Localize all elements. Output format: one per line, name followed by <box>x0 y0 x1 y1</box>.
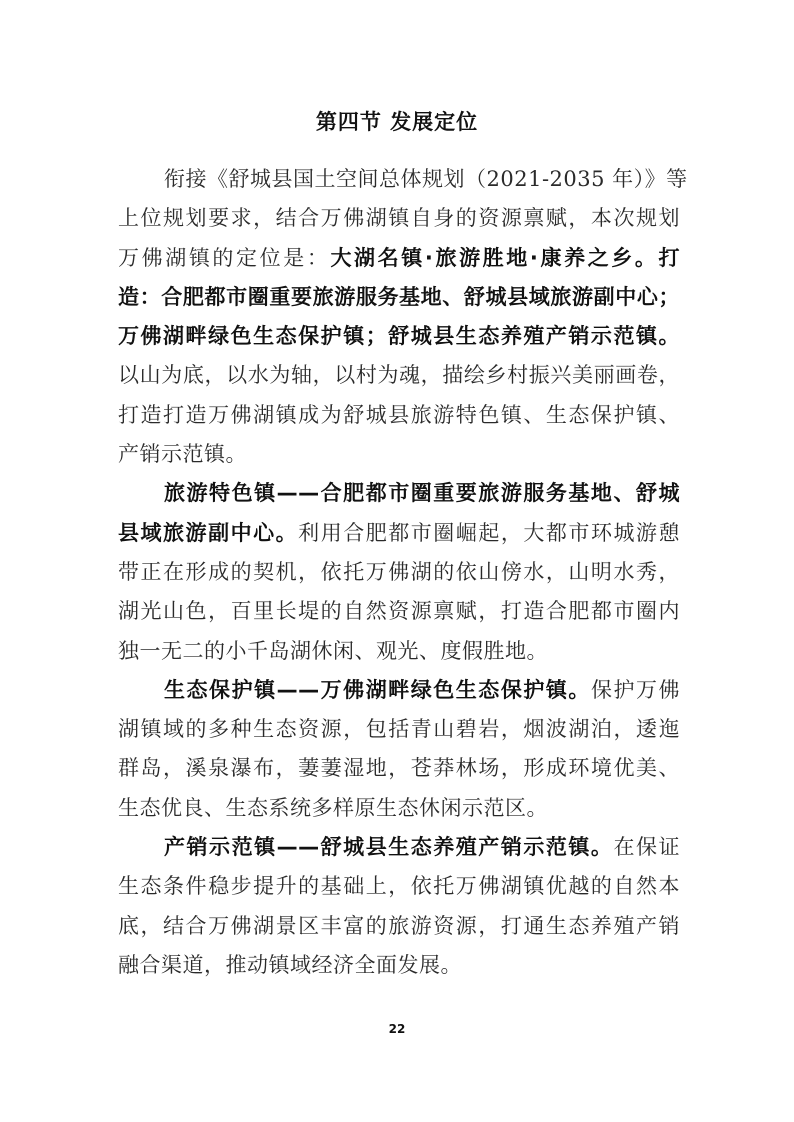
text-run: 以山为底，以水为轴，以村为魂，描绘乡村振兴美丽画卷， <box>118 363 680 387</box>
paragraph-tourism-town: 旅游特色镇——合肥都市圈重要旅游服务基地、舒城 县域旅游副中心。利用合肥都市圈崛… <box>118 474 680 670</box>
text-run: 生态条件稳步提升的基础上，依托万佛湖镇优越的自然本 <box>118 874 680 898</box>
bold-text-run: 生态保护镇——万佛湖畔绿色生态保护镇。 <box>164 678 591 702</box>
page-number: 22 <box>0 1022 794 1036</box>
text-line: 万佛湖畔绿色生态保护镇；舒城县生态养殖产销示范镇。 <box>118 317 680 356</box>
text-run: 万佛湖镇的定位是： <box>118 246 330 270</box>
text-line: 上位规划要求，结合万佛湖镇自身的资源禀赋，本次规划 <box>118 199 680 238</box>
text-line: 旅游特色镇——合肥都市圈重要旅游服务基地、舒城 <box>118 474 680 513</box>
text-run: 融合渠道，推动镇域经济全面发展。 <box>118 953 462 977</box>
bold-text-run: 大湖名镇·旅游胜地·康养之乡。打 <box>330 246 680 270</box>
text-line: 群岛，溪泉瀑布，萋萋湿地，苍莽林场，形成环境优美、 <box>118 749 680 788</box>
text-run: 带正在形成的契机，依托万佛湖的依山傍水，山明水秀， <box>118 560 680 584</box>
paragraph-positioning: 衔接《舒城县国土空间总体规划（2021-2035 年）》等 上位规划要求，结合万… <box>118 160 680 474</box>
text-line: 打造打造万佛湖镇成为舒城县旅游特色镇、生态保护镇、 <box>118 396 680 435</box>
text-run: 衔接《舒城县国土空间总体规划（2021-2035 年）》等 <box>164 167 688 191</box>
text-line: 融合渠道，推动镇域经济全面发展。 <box>118 946 680 985</box>
text-line: 湖光山色，百里长堤的自然资源禀赋，打造合肥都市圈内 <box>118 592 680 631</box>
text-run: 打造打造万佛湖镇成为舒城县旅游特色镇、生态保护镇、 <box>118 403 680 427</box>
text-line: 生态优良、生态系统多样原生态休闲示范区。 <box>118 789 680 828</box>
text-line: 造：合肥都市圈重要旅游服务基地、舒城县域旅游副中心； <box>118 278 680 317</box>
bold-text-run: 造：合肥都市圈重要旅游服务基地、舒城县域旅游副中心； <box>118 285 680 309</box>
text-run: 上位规划要求，结合万佛湖镇自身的资源禀赋，本次规划 <box>118 206 680 230</box>
text-run: 底，结合万佛湖景区丰富的旅游资源，打通生态养殖产销 <box>118 914 680 938</box>
text-line: 生态保护镇——万佛湖畔绿色生态保护镇。保护万佛 <box>118 671 680 710</box>
text-line: 湖镇域的多种生态资源，包括青山碧岩，烟波湖泊，逶迤 <box>118 710 680 749</box>
bold-text-run: 县域旅游副中心。 <box>118 521 298 545</box>
text-run: 保护万佛 <box>591 678 680 702</box>
paragraph-ecological-town: 生态保护镇——万佛湖畔绿色生态保护镇。保护万佛 湖镇域的多种生态资源，包括青山碧… <box>118 671 680 828</box>
text-run: 利用合肥都市圈崛起，大都市环城游憩 <box>298 521 680 545</box>
bold-text-run: 万佛湖畔绿色生态保护镇；舒城县生态养殖产销示范镇。 <box>118 324 680 348</box>
text-line: 县域旅游副中心。利用合肥都市圈崛起，大都市环城游憩 <box>118 514 680 553</box>
text-line: 产销示范镇——舒城县生态养殖产销示范镇。在保证 <box>118 828 680 867</box>
text-line: 衔接《舒城县国土空间总体规划（2021-2035 年）》等 <box>118 160 680 199</box>
bold-text-run: 产销示范镇——舒城县生态养殖产销示范镇。 <box>164 835 613 859</box>
text-run: 湖镇域的多种生态资源，包括青山碧岩，烟波湖泊，逶迤 <box>118 717 680 741</box>
text-run: 群岛，溪泉瀑布，萋萋湿地，苍莽林场，形成环境优美、 <box>118 756 680 780</box>
paragraph-production-town: 产销示范镇——舒城县生态养殖产销示范镇。在保证 生态条件稳步提升的基础上，依托万… <box>118 828 680 985</box>
text-line: 生态条件稳步提升的基础上，依托万佛湖镇优越的自然本 <box>118 867 680 906</box>
bold-text-run: 旅游特色镇——合肥都市圈重要旅游服务基地、舒城 <box>164 481 680 505</box>
text-line: 底，结合万佛湖景区丰富的旅游资源，打通生态养殖产销 <box>118 907 680 946</box>
document-page: 第四节 发展定位 衔接《舒城县国土空间总体规划（2021-2035 年）》等 上… <box>0 0 794 1122</box>
section-heading: 第四节 发展定位 <box>0 106 794 136</box>
text-line: 独一无二的小千岛湖休闲、观光、度假胜地。 <box>118 632 680 671</box>
text-run: 生态优良、生态系统多样原生态休闲示范区。 <box>118 796 548 820</box>
text-run: 在保证 <box>613 835 680 859</box>
text-line: 带正在形成的契机，依托万佛湖的依山傍水，山明水秀， <box>118 553 680 592</box>
text-line: 产销示范镇。 <box>118 435 680 474</box>
text-run: 独一无二的小千岛湖休闲、观光、度假胜地。 <box>118 639 548 663</box>
text-run: 产销示范镇。 <box>118 442 247 466</box>
text-run: 湖光山色，百里长堤的自然资源禀赋，打造合肥都市圈内 <box>118 599 680 623</box>
text-line: 万佛湖镇的定位是：大湖名镇·旅游胜地·康养之乡。打 <box>118 239 680 278</box>
body-text: 衔接《舒城县国土空间总体规划（2021-2035 年）》等 上位规划要求，结合万… <box>118 160 680 985</box>
text-line: 以山为底，以水为轴，以村为魂，描绘乡村振兴美丽画卷， <box>118 356 680 395</box>
